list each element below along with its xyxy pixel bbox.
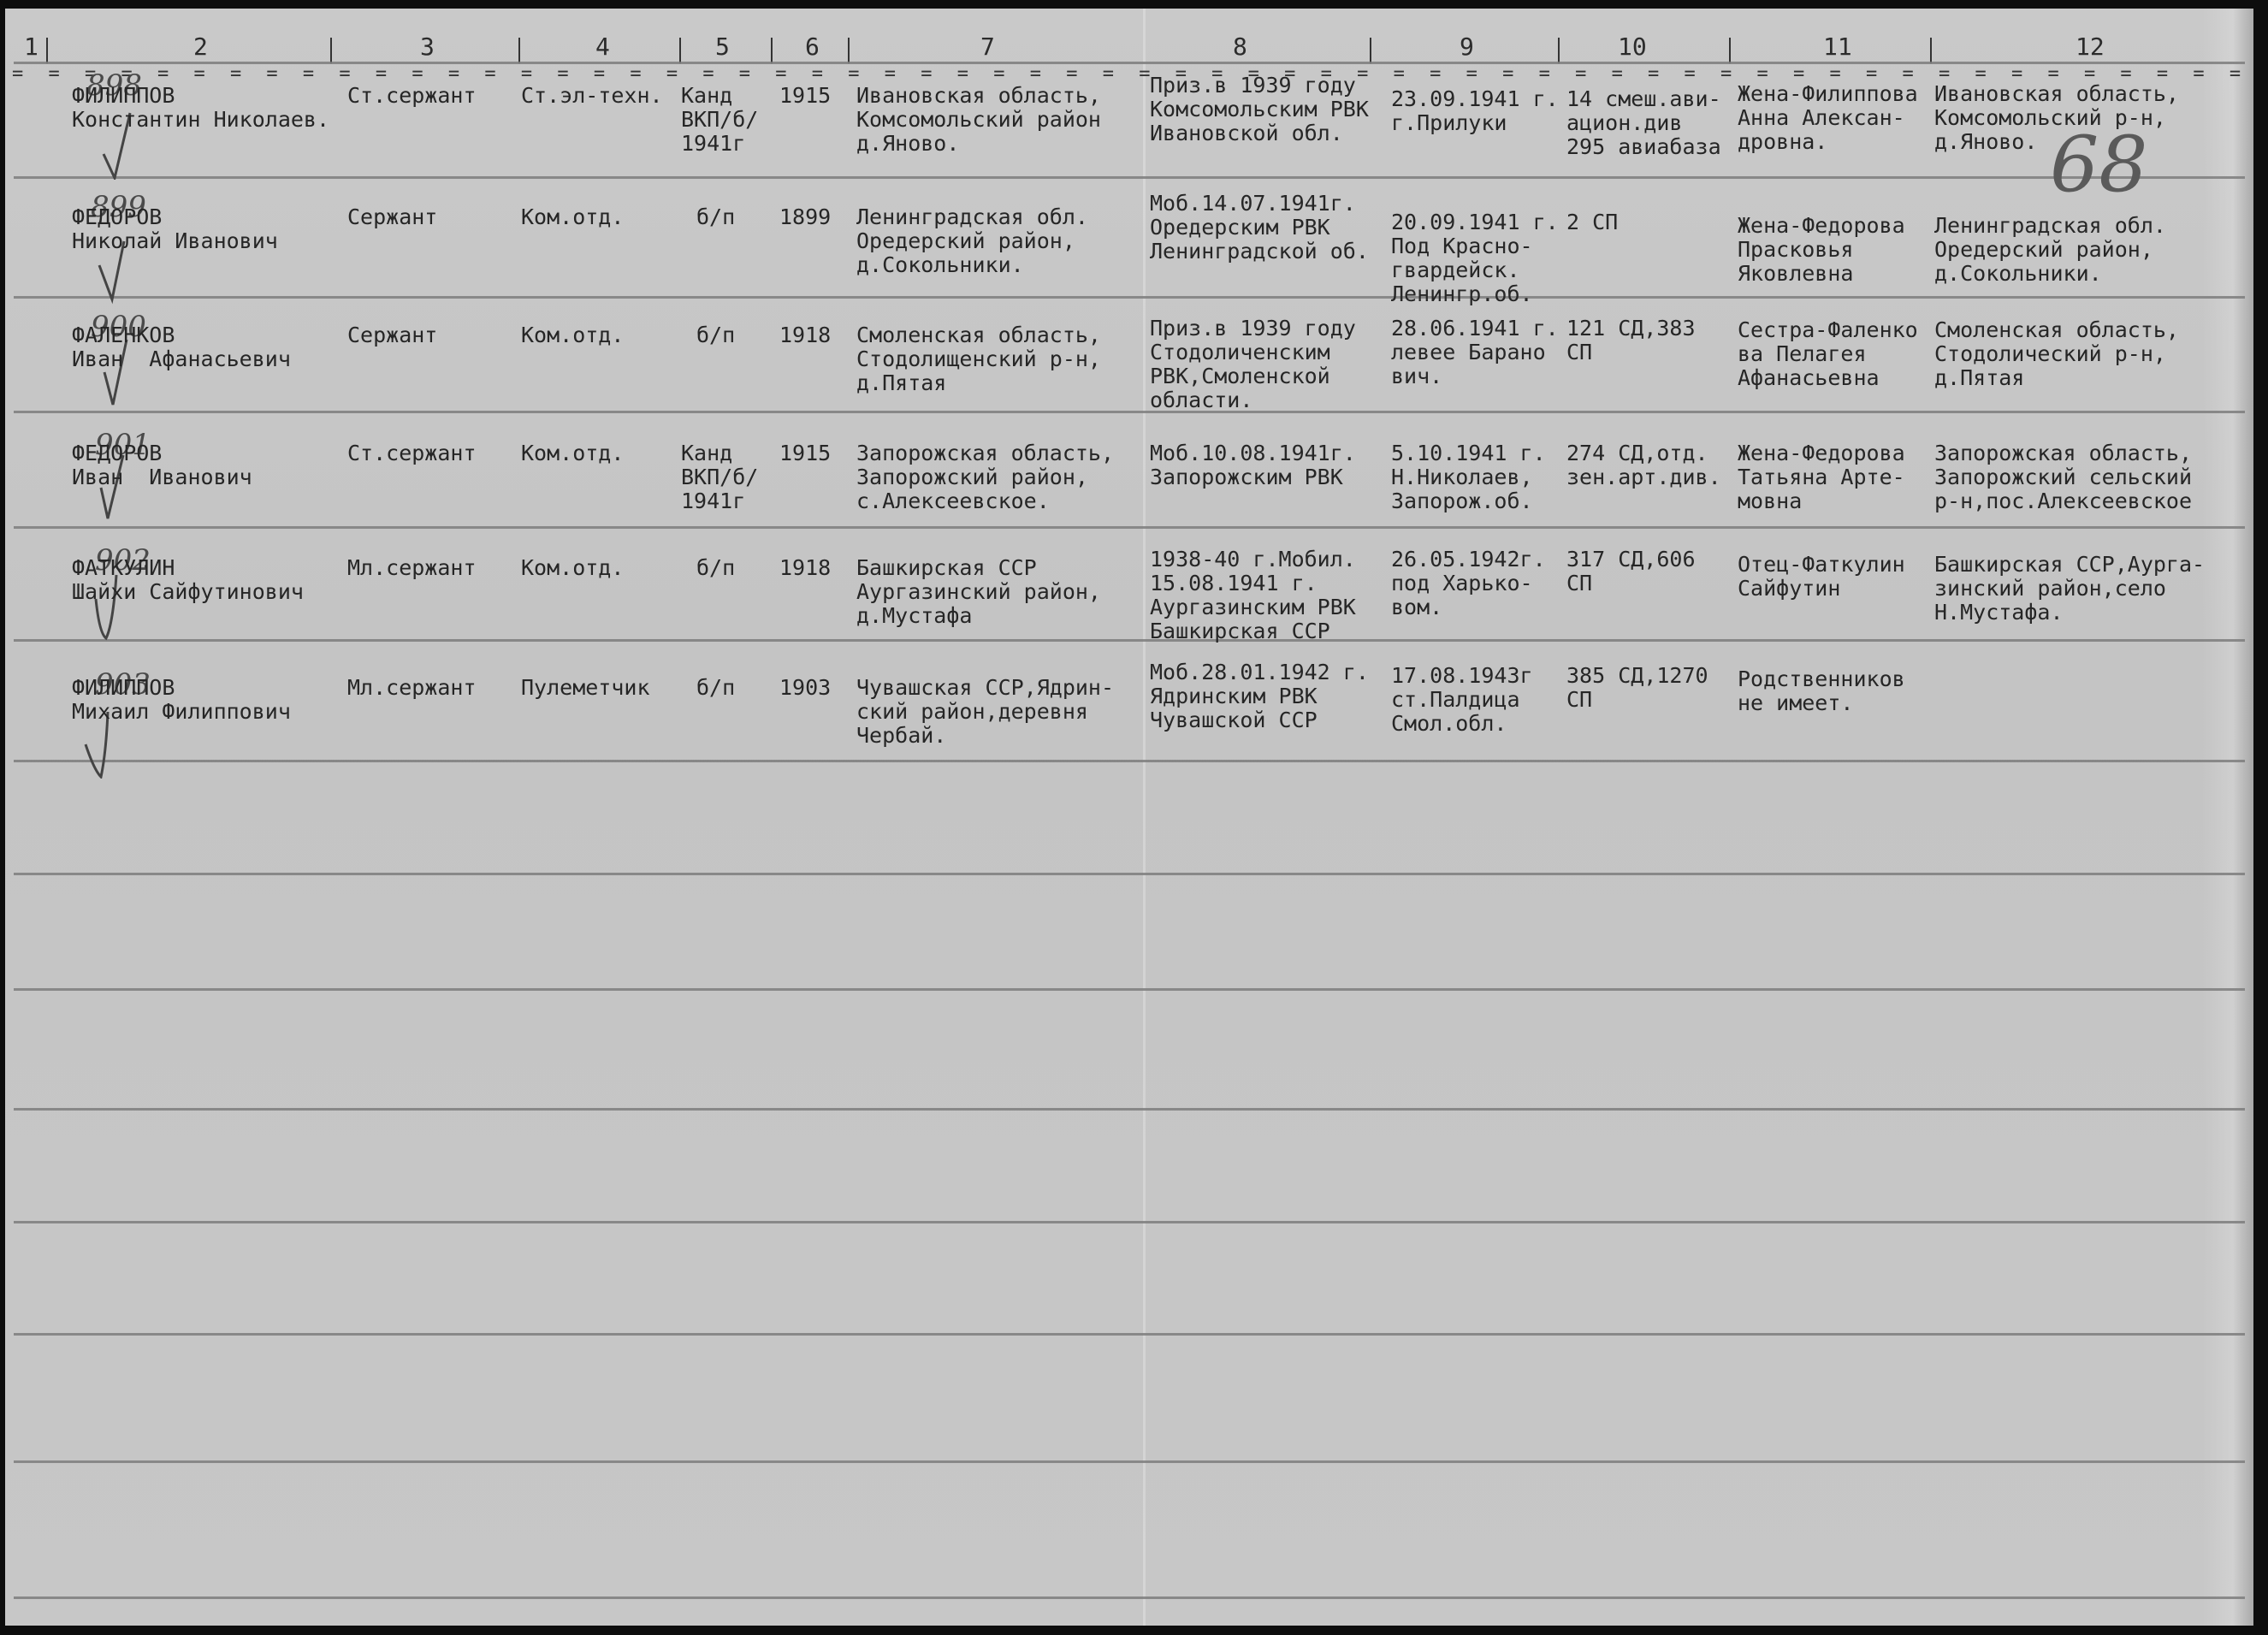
rule-line bbox=[14, 1460, 2245, 1463]
col-divider-tick bbox=[1729, 38, 1731, 63]
document-sheet: = = = = = = = = = = = = = = = = = = = = … bbox=[5, 9, 2253, 1626]
full-name: ФАЛЕНКОВ Иван Афанасьевич bbox=[72, 323, 291, 371]
col-divider-tick bbox=[46, 38, 48, 63]
col-number-2: 2 bbox=[193, 33, 208, 61]
rank: Ст.сержант bbox=[347, 441, 477, 465]
rule-line bbox=[14, 873, 2245, 875]
col-number-6: 6 bbox=[805, 33, 820, 61]
conscription: 1938-40 г.Мобил. 15.08.1941 г. Аургазинс… bbox=[1150, 548, 1356, 643]
next-of-kin: Родственников не имеет. bbox=[1738, 667, 1905, 715]
position: Ст.эл-техн. bbox=[521, 84, 663, 108]
birthplace: Ленинградская обл. Оредерский район, д.С… bbox=[856, 205, 1088, 277]
full-name: ФАТКУЛИН Шайхи Сайфутинович bbox=[72, 556, 304, 604]
col-divider-tick bbox=[679, 38, 681, 63]
party-membership: Канд ВКП/б/ 1941г bbox=[681, 441, 758, 513]
military-unit: 385 СД,1270 СП bbox=[1566, 664, 1708, 712]
birth-year: 1899 bbox=[779, 205, 831, 229]
military-unit: 2 СП bbox=[1566, 210, 1618, 234]
rule-line bbox=[14, 62, 2245, 64]
col-number-7: 7 bbox=[980, 33, 995, 61]
position: Ком.отд. bbox=[521, 323, 624, 347]
rule-line bbox=[14, 1596, 2245, 1599]
conscription: Приз.в 1939 году Стодоличенским РВК,Смол… bbox=[1150, 317, 1356, 412]
next-of-kin: Сестра-Фаленко ва Пелагея Афанасьевна bbox=[1738, 318, 1918, 390]
rule-line bbox=[14, 296, 2245, 299]
rule-line bbox=[14, 639, 2245, 642]
birthplace: Смоленская область, Стодолищенский р-н, … bbox=[856, 323, 1101, 395]
party-membership: Канд ВКП/б/ 1941г bbox=[681, 84, 758, 156]
date-place-of-death: 17.08.1943г ст.Палдица Смол.обл. bbox=[1391, 664, 1533, 736]
rule-line bbox=[14, 988, 2245, 991]
page-fold bbox=[1143, 9, 1146, 1626]
party-membership: б/п bbox=[696, 205, 735, 229]
rank: Сержант bbox=[347, 323, 437, 347]
conscription: Моб.28.01.1942 г. Ядринским РВК Чувашско… bbox=[1150, 661, 1369, 732]
date-place-of-death: 28.06.1941 г. левее Барано вич. bbox=[1391, 317, 1559, 388]
col-number-12: 12 bbox=[2076, 33, 2105, 61]
conscription: Моб.10.08.1941г. Запорожским РВК bbox=[1150, 441, 1356, 489]
rule-line bbox=[14, 176, 2245, 179]
rule-line bbox=[14, 1221, 2245, 1223]
relative-address: Ленинградская обл. Оредерский район, д.С… bbox=[1934, 214, 2166, 286]
date-place-of-death: 23.09.1941 г. г.Прилуки bbox=[1391, 87, 1559, 135]
military-unit: 274 СД,отд. зен.арт.див. bbox=[1566, 441, 1721, 489]
col-number-9: 9 bbox=[1460, 33, 1474, 61]
col-divider-tick bbox=[1558, 38, 1560, 63]
rule-line bbox=[14, 760, 2245, 762]
birthplace: Ивановская область, Комсомольский район … bbox=[856, 84, 1101, 156]
col-divider-tick bbox=[771, 38, 773, 63]
birth-year: 1903 bbox=[779, 676, 831, 700]
col-number-11: 11 bbox=[1823, 33, 1852, 61]
birthplace: Чувашская ССР,Ядрин- ский район,деревня … bbox=[856, 676, 1114, 748]
birth-year: 1915 bbox=[779, 84, 831, 108]
rule-line bbox=[14, 526, 2245, 529]
col-number-5: 5 bbox=[715, 33, 730, 61]
position: Пулеметчик bbox=[521, 676, 650, 700]
party-membership: б/п bbox=[696, 676, 735, 700]
rank: Ст.сержант bbox=[347, 84, 477, 108]
col-number-10: 10 bbox=[1618, 33, 1647, 61]
rule-line bbox=[14, 1333, 2245, 1336]
col-number-8: 8 bbox=[1233, 33, 1247, 61]
party-membership: б/п bbox=[696, 323, 735, 347]
col-number-3: 3 bbox=[420, 33, 435, 61]
col-divider-tick bbox=[1370, 38, 1371, 63]
rank: Сержант bbox=[347, 205, 437, 229]
next-of-kin: Отец-Фаткулин Сайфутин bbox=[1738, 553, 1905, 601]
date-place-of-death: 5.10.1941 г. Н.Николаев, Запорож.об. bbox=[1391, 441, 1546, 513]
position: Ком.отд. bbox=[521, 556, 624, 580]
paper-edge bbox=[2202, 9, 2253, 1626]
relative-address: Запорожская область, Запорожский сельски… bbox=[1934, 441, 2192, 513]
col-divider-tick bbox=[848, 38, 850, 63]
next-of-kin: Жена-Федорова Татьяна Арте- мовна bbox=[1738, 441, 1905, 513]
birthplace: Запорожская область, Запорожский район, … bbox=[856, 441, 1114, 513]
full-name: ФИЛИППОВ Константин Николаев. bbox=[72, 84, 329, 132]
rule-line bbox=[14, 1108, 2245, 1111]
col-number-4: 4 bbox=[595, 33, 610, 61]
rank: Мл.сержант bbox=[347, 556, 477, 580]
birth-year: 1918 bbox=[779, 556, 831, 580]
military-unit: 14 смеш.ави- ацион.див 295 авиабаза bbox=[1566, 87, 1721, 159]
military-unit: 317 СД,606 СП bbox=[1566, 548, 1696, 595]
rule-line bbox=[14, 411, 2245, 413]
relative-address: Башкирская ССР,Аурга- зинский район,село… bbox=[1934, 553, 2205, 625]
col-number-1: 1 bbox=[24, 33, 38, 61]
col-divider-tick bbox=[518, 38, 520, 63]
full-name: ФИЛИППОВ Михаил Филиппович bbox=[72, 676, 291, 724]
date-place-of-death: 20.09.1941 г. Под Красно- гвардейск. Лен… bbox=[1391, 210, 1559, 306]
relative-address: Ивановская область, Комсомольский р-н, д… bbox=[1934, 82, 2179, 154]
military-unit: 121 СД,383 СП bbox=[1566, 317, 1696, 364]
full-name: ФЕДОРОВ Иван Иванович bbox=[72, 441, 252, 489]
col-divider-tick bbox=[1930, 38, 1932, 63]
date-place-of-death: 26.05.1942г. под Харько- вом. bbox=[1391, 548, 1546, 619]
conscription: Приз.в 1939 году Комсомольским РВК Ивано… bbox=[1150, 74, 1369, 145]
next-of-kin: Жена-Филиппова Анна Алексан- дровна. bbox=[1738, 82, 1918, 154]
next-of-kin: Жена-Федорова Прасковья Яковлевна bbox=[1738, 214, 1905, 286]
position: Ком.отд. bbox=[521, 441, 624, 465]
relative-address: Смоленская область, Стодолический р-н, д… bbox=[1934, 318, 2179, 390]
birth-year: 1918 bbox=[779, 323, 831, 347]
col-divider-tick bbox=[330, 38, 332, 63]
birthplace: Башкирская ССР Аургазинский район, д.Мус… bbox=[856, 556, 1101, 628]
position: Ком.отд. bbox=[521, 205, 624, 229]
conscription: Моб.14.07.1941г. Оредерским РВК Ленингра… bbox=[1150, 192, 1369, 264]
full-name: ФЕДОРОВ Николай Иванович bbox=[72, 205, 278, 253]
birth-year: 1915 bbox=[779, 441, 831, 465]
rank: Мл.сержант bbox=[347, 676, 477, 700]
party-membership: б/п bbox=[696, 556, 735, 580]
